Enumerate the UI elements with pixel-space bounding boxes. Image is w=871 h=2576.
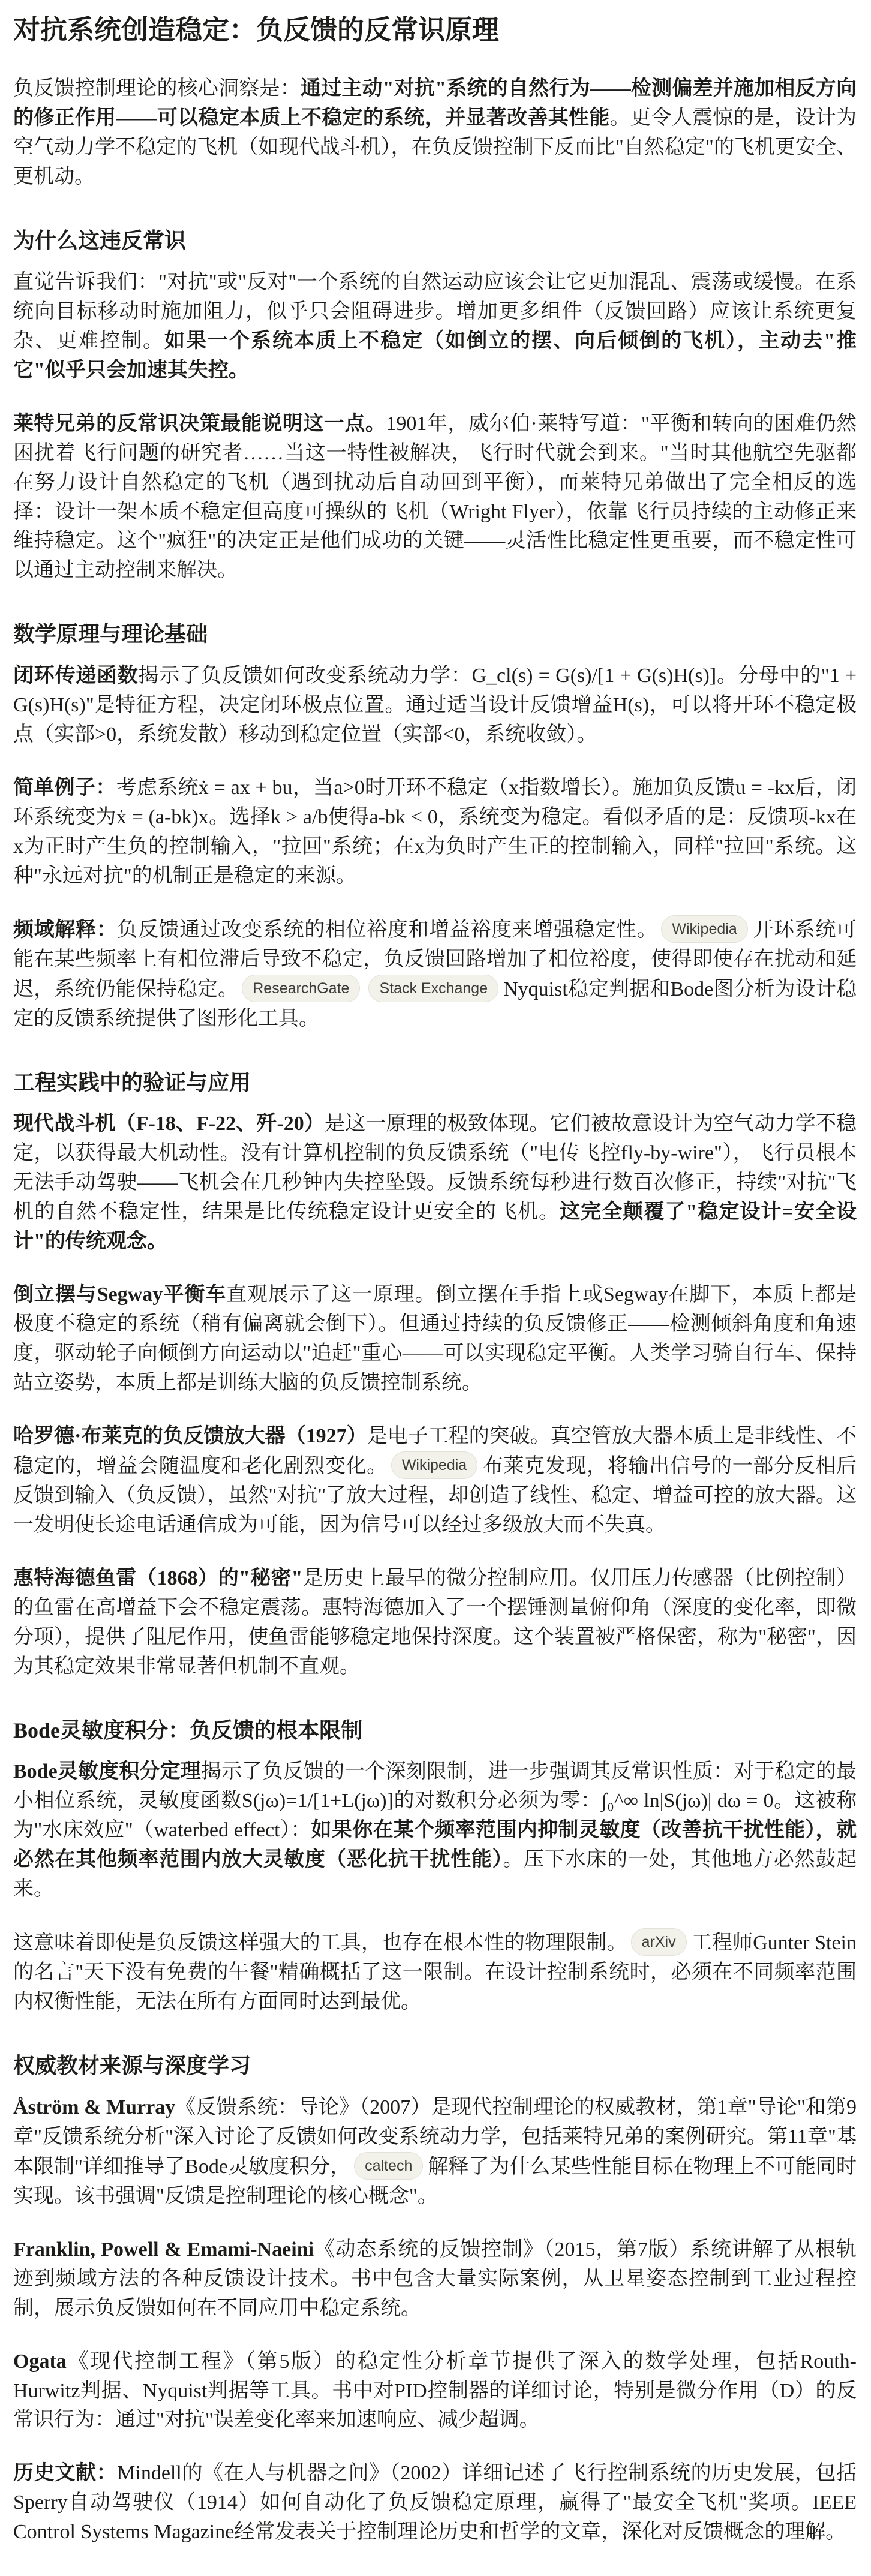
bold-text-run: 现代战斗机（F-18、F-22、歼-20） [13, 1113, 325, 1135]
paragraph: Bode灵敏度积分定理揭示了负反馈的一个深刻限制，进一步强调其反常识性质：对于稳… [13, 1757, 857, 1904]
citation-badge-stack-exchange[interactable]: Stack Exchange [368, 975, 498, 1002]
text-run: 这意味着即使是负反馈这样强大的工具，也存在根本性的物理限制。 [13, 1932, 627, 1954]
document: 对抗系统创造稳定：负反馈的反常识原理 负反馈控制理论的核心洞察是：通过主动"对抗… [0, 0, 871, 2576]
paragraph: Franklin, Powell & Emami-Naeini《动态系统的反馈控… [13, 2235, 857, 2323]
bold-text-run: 历史文献： [13, 2462, 117, 2484]
bold-text-run: 惠特海德鱼雷（1868）的"秘密" [13, 1567, 302, 1589]
paragraph: 简单例子：考虑系统ẋ = ax + bu，当a>0时开环不稳定（x指数增长）。施… [13, 774, 857, 891]
bold-text-run: Franklin, Powell & Emami-Naeini [13, 2238, 314, 2261]
text-run: 工程实践中的验证与应用 [13, 1071, 251, 1095]
bold-text-run: 倒立摆与Segway平衡车 [13, 1284, 226, 1306]
bold-text-run: Bode灵敏度积分定理 [13, 1760, 201, 1783]
text-run: 负反馈通过改变系统的相位裕度和增益裕度来增强稳定性。 [117, 919, 657, 941]
paragraph: 负反馈控制理论的核心洞察是：通过主动"对抗"系统的自然行为——检测偏差并施加相反… [13, 74, 857, 192]
citation-badge-wikipedia[interactable]: Wikipedia [391, 1451, 477, 1479]
paragraph: Åström & Murray《反馈系统：导论》（2007）是现代控制理论的权威… [13, 2093, 857, 2211]
text-run: 考虑系统ẋ = ax + bu，当a>0时开环不稳定（x指数增长）。施加负反馈u… [13, 777, 857, 887]
citation-badge-researchgate[interactable]: ResearchGate [242, 975, 360, 1002]
text-run: Bode灵敏度积分：负反馈的根本限制 [13, 1718, 362, 1742]
bold-text-run: 频域解释： [13, 919, 117, 941]
citation-badge-arxiv[interactable]: arXiv [631, 1928, 687, 1956]
citation-badge-caltech[interactable]: caltech [354, 2152, 423, 2180]
section-heading: 工程实践中的验证与应用 [13, 1069, 857, 1097]
section-heading: 权威教材来源与深度学习 [13, 2052, 857, 2080]
text-run: 负反馈控制理论的核心洞察是： [13, 77, 301, 100]
paragraph: Ogata《现代控制工程》（第5版）的稳定性分析章节提供了深入的数学处理，包括R… [13, 2347, 857, 2436]
section-heading: 为什么这违反常识 [13, 227, 857, 255]
paragraph: 倒立摆与Segway平衡车直观展示了这一原理。倒立摆在手指上或Segway在脚下… [13, 1281, 857, 1398]
text-run: 为什么这违反常识 [13, 229, 186, 253]
page-title: 对抗系统创造稳定：负反馈的反常识原理 [13, 13, 857, 47]
bold-text-run: Åström & Murray [13, 2096, 175, 2118]
bold-text-run: 莱特兄弟的反常识决策最能说明这一点。 [13, 413, 386, 435]
paragraph: 莱特兄弟的反常识决策最能说明这一点。1901年，威尔伯·莱特写道："平衡和转向的… [13, 410, 857, 586]
paragraph: 频域解释：负反馈通过改变系统的相位裕度和增益裕度来增强稳定性。Wikipedia… [13, 915, 857, 1034]
bold-text-run: 闭环传递函数 [13, 665, 139, 687]
text-run: 揭示了负反馈如何改变系统动力学：G_cl(s) = G(s)/[1 + G(s)… [13, 665, 857, 746]
bold-text-run: Ogata [13, 2350, 67, 2373]
paragraph: 哈罗德·布莱克的负反馈放大器（1927）是电子工程的突破。真空管放大器本质上是非… [13, 1422, 857, 1540]
text-run: 权威教材来源与深度学习 [13, 2054, 251, 2078]
section-heading: 数学原理与理论基础 [13, 620, 857, 648]
paragraph: 直觉告诉我们："对抗"或"反对"一个系统的自然运动应该会让它更加混乱、震荡或缓慢… [13, 268, 857, 386]
text-run: 1901年，威尔伯·莱特写道："平衡和转向的困难仍然困扰着飞行问题的研究者……当… [13, 413, 857, 582]
bold-text-run: 哈罗德·布莱克的负反馈放大器（1927） [13, 1425, 367, 1447]
paragraph: 现代战斗机（F-18、F-22、歼-20）是这一原理的极致体现。它们被故意设计为… [13, 1110, 857, 1257]
paragraph: 这意味着即使是负反馈这样强大的工具，也存在根本性的物理限制。arXiv工程师Gu… [13, 1928, 857, 2017]
bold-text-run: 简单例子： [13, 777, 116, 799]
paragraph: 闭环传递函数揭示了负反馈如何改变系统动力学：G_cl(s) = G(s)/[1 … [13, 662, 857, 750]
document-body: 负反馈控制理论的核心洞察是：通过主动"对抗"系统的自然行为——检测偏差并施加相反… [13, 74, 857, 2547]
paragraph: 惠特海德鱼雷（1868）的"秘密"是历史上最早的微分控制应用。仅用压力传感器（比… [13, 1564, 857, 1682]
text-run: 数学原理与理论基础 [13, 622, 208, 646]
text-run: Mindell的《在人与机器之间》（2002）详细记述了飞行控制系统的历史发展，… [13, 2462, 857, 2543]
text-run: 《现代控制工程》（第5版）的稳定性分析章节提供了深入的数学处理，包括Routh-… [13, 2350, 857, 2431]
paragraph: 历史文献：Mindell的《在人与机器之间》（2002）详细记述了飞行控制系统的… [13, 2459, 857, 2547]
section-heading: Bode灵敏度积分：负反馈的根本限制 [13, 1717, 857, 1745]
citation-badge-wikipedia[interactable]: Wikipedia [661, 915, 747, 943]
